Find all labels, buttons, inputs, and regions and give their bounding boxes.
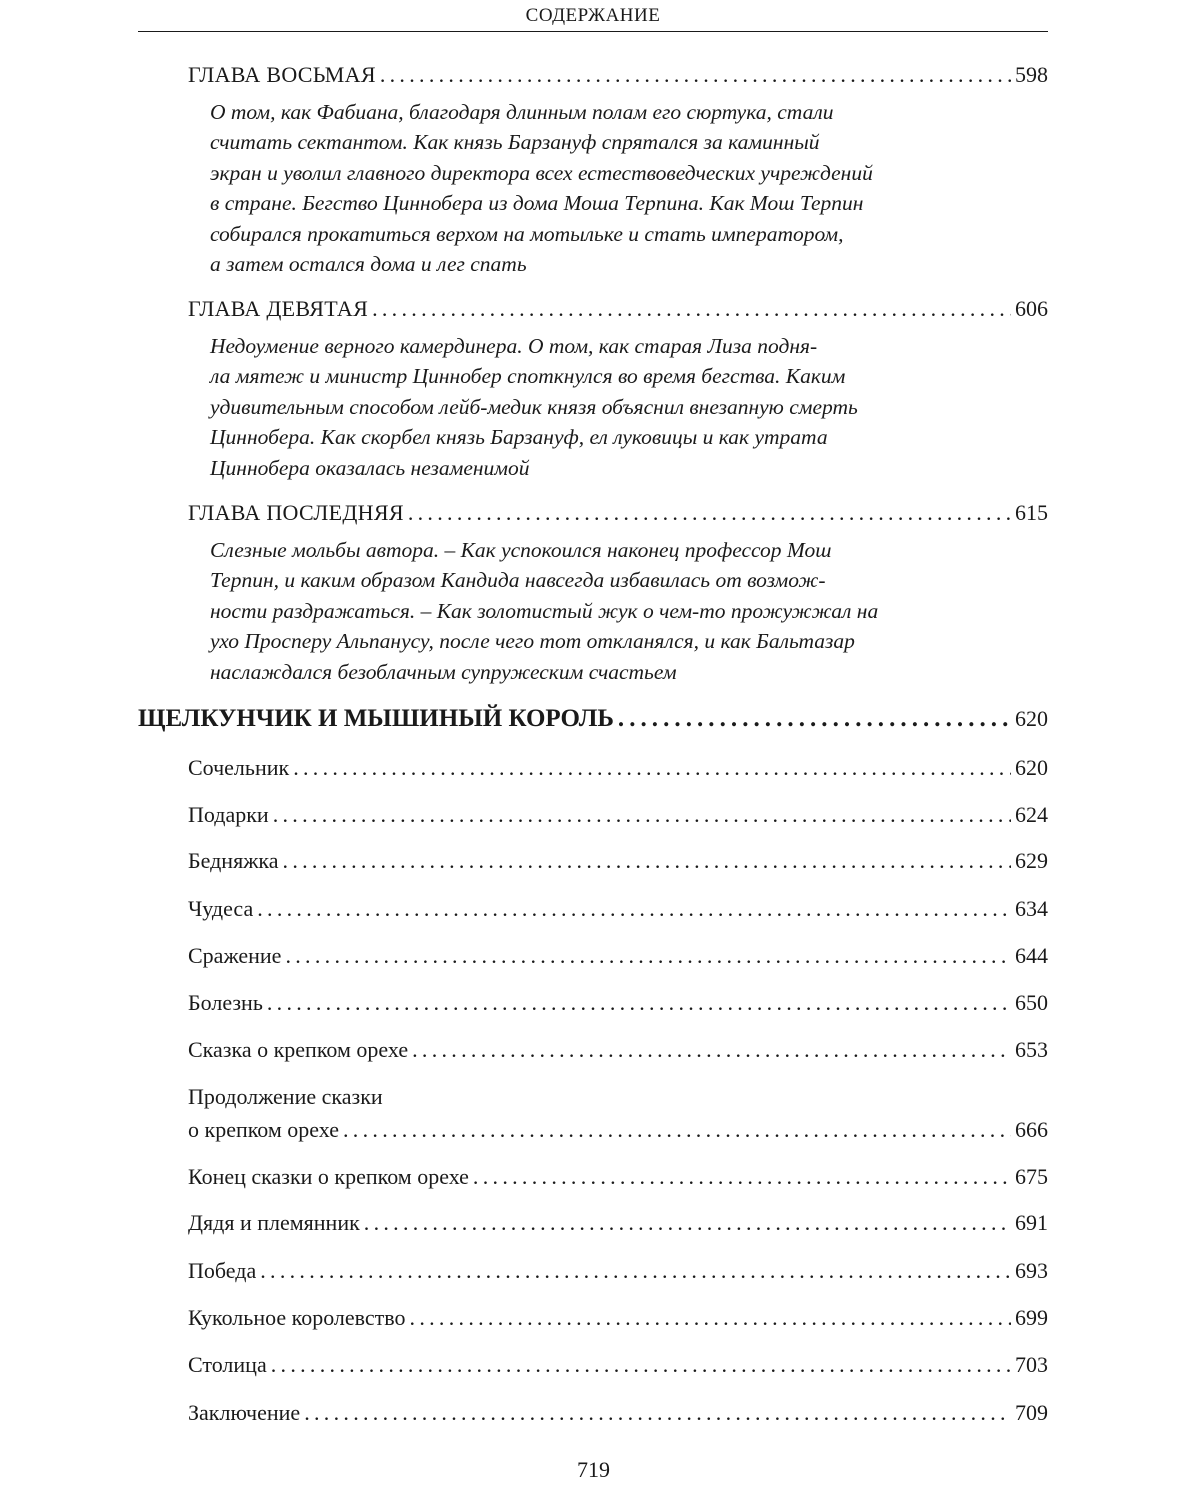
toc-entry-section[interactable]: Победа 693 [188,1256,1048,1286]
toc-entry-section[interactable]: Заключение 709 [188,1398,1048,1428]
toc-entry-section[interactable]: Дядя и племянник 691 [188,1208,1048,1238]
summary-line: О том, как Фабиана, благодаря длинным по… [210,97,970,127]
page-number: 693 [1015,1256,1048,1286]
summary-line: ности раздражаться. – Как золотистый жук… [210,596,970,626]
section-title: Заключение [188,1398,300,1428]
page-number: 650 [1015,988,1048,1018]
section-title: Сочельник [188,753,289,783]
chapter-summary: Слезные мольбы автора. – Как успокоился … [210,535,970,687]
toc-entry-section-line1[interactable]: Продолжение сказки [188,1082,1048,1112]
page-number: 703 [1015,1350,1048,1380]
summary-line: удивительным способом лейб-медик князя о… [210,392,970,422]
running-head: СОДЕРЖАНИЕ [138,4,1048,28]
summary-line: а затем остался дома и лег спать [210,249,970,279]
dot-leader [304,1398,1011,1428]
chapter-summary: Недоумение верного камердинера. О том, к… [210,331,970,483]
summary-line: считать сектантом. Как князь Барзануф сп… [210,127,970,157]
dot-leader [372,294,1011,324]
page-number: 691 [1015,1208,1048,1238]
page-number: 598 [1015,60,1048,90]
toc-entry-section[interactable]: Кукольное королевство 699 [188,1303,1048,1333]
page-number-footer: 719 [0,1457,1187,1483]
summary-line: экран и уволил главного директора всех е… [210,158,970,188]
dot-leader [293,753,1011,783]
page-number: 620 [1015,704,1048,734]
dot-leader [473,1162,1011,1192]
page-number: 624 [1015,800,1048,830]
toc-entry-section[interactable]: Бедняжка 629 [188,846,1048,876]
section-title: Болезнь [188,988,263,1018]
page-number: 620 [1015,753,1048,783]
summary-line: ухо Просперу Альпанусу, после чего тот о… [210,626,970,656]
page-number: 653 [1015,1035,1048,1065]
dot-leader [412,1035,1011,1065]
chapter-summary: О том, как Фабиана, благодаря длинным по… [210,97,970,279]
toc-entry-last-chapter[interactable]: ГЛАВА ПОСЛЕДНЯЯ 615 [188,498,1048,528]
summary-line: ла мятеж и министр Циннобер споткнулся в… [210,361,970,391]
summary-line: собирался прокатиться верхом на мотыльке… [210,219,970,249]
dot-leader [343,1115,1011,1145]
toc-entry-chapter-9[interactable]: ГЛАВА ДЕВЯТАЯ 606 [188,294,1048,324]
section-title: о крепком орехе [188,1115,339,1145]
section-title: Конец сказки о крепком орехе [188,1162,469,1192]
work-title: ЩЕЛКУНЧИК И МЫШИНЫЙ КОРОЛЬ [138,704,614,734]
page-number: 644 [1015,941,1048,971]
toc-entry-work-nutcracker[interactable]: ЩЕЛКУНЧИК И МЫШИНЫЙ КОРОЛЬ 620 [138,704,1048,734]
dot-leader [380,60,1011,90]
toc-entry-section[interactable]: Конец сказки о крепком орехе 675 [188,1162,1048,1192]
dot-leader [618,704,1011,734]
page-number: 675 [1015,1162,1048,1192]
toc-entry-section[interactable]: Чудеса 634 [188,894,1048,924]
summary-line: Слезные мольбы автора. – Как успокоился … [210,535,970,565]
toc-entry-section[interactable]: Подарки 624 [188,800,1048,830]
page-number: 629 [1015,846,1048,876]
toc-entry-section[interactable]: Столица 703 [188,1350,1048,1380]
page-number: 634 [1015,894,1048,924]
summary-line: наслаждался безоблачным супружеским счас… [210,657,970,687]
summary-line: Недоумение верного камердинера. О том, к… [210,331,970,361]
toc-entry-section[interactable]: Сказка о крепком орехе 653 [188,1035,1048,1065]
dot-leader [260,1256,1011,1286]
page-number: 666 [1015,1115,1048,1145]
section-title: Дядя и племянник [188,1208,360,1238]
section-title: Подарки [188,800,269,830]
dot-leader [271,1350,1011,1380]
summary-line: Циннобера оказалась незаменимой [210,453,970,483]
page-number: 615 [1015,498,1048,528]
chapter-title: ГЛАВА ПОСЛЕДНЯЯ [188,498,404,528]
page-number: 709 [1015,1398,1048,1428]
page-number: 606 [1015,294,1048,324]
summary-line: Циннобера. Как скорбел князь Барзануф, е… [210,422,970,452]
toc-entry-section[interactable]: Болезнь 650 [188,988,1048,1018]
dot-leader [408,498,1011,528]
section-title: Победа [188,1256,256,1286]
section-title-line1: Продолжение сказки [188,1082,383,1112]
toc-entry-section[interactable]: Сочельник 620 [188,753,1048,783]
section-title: Бедняжка [188,846,279,876]
dot-leader [257,894,1011,924]
chapter-title: ГЛАВА ВОСЬМАЯ [188,60,376,90]
toc-entry-section[interactable]: о крепком орехе 666 [188,1115,1048,1145]
summary-line: в стране. Бегство Циннобера из дома Моша… [210,188,970,218]
dot-leader [267,988,1011,1018]
section-title: Чудеса [188,894,253,924]
page-number: 699 [1015,1303,1048,1333]
toc-entry-section[interactable]: Сражение 644 [188,941,1048,971]
section-title: Сказка о крепком орехе [188,1035,408,1065]
dot-leader [283,846,1011,876]
dot-leader [273,800,1011,830]
header-rule [138,31,1048,32]
summary-line: Терпин, и каким образом Кандида навсегда… [210,565,970,595]
dot-leader [285,941,1011,971]
dot-leader [364,1208,1011,1238]
section-title: Сражение [188,941,281,971]
toc-entry-chapter-8[interactable]: ГЛАВА ВОСЬМАЯ 598 [188,60,1048,90]
dot-leader [410,1303,1011,1333]
section-title: Столица [188,1350,267,1380]
section-title: Кукольное королевство [188,1303,406,1333]
chapter-title: ГЛАВА ДЕВЯТАЯ [188,294,368,324]
